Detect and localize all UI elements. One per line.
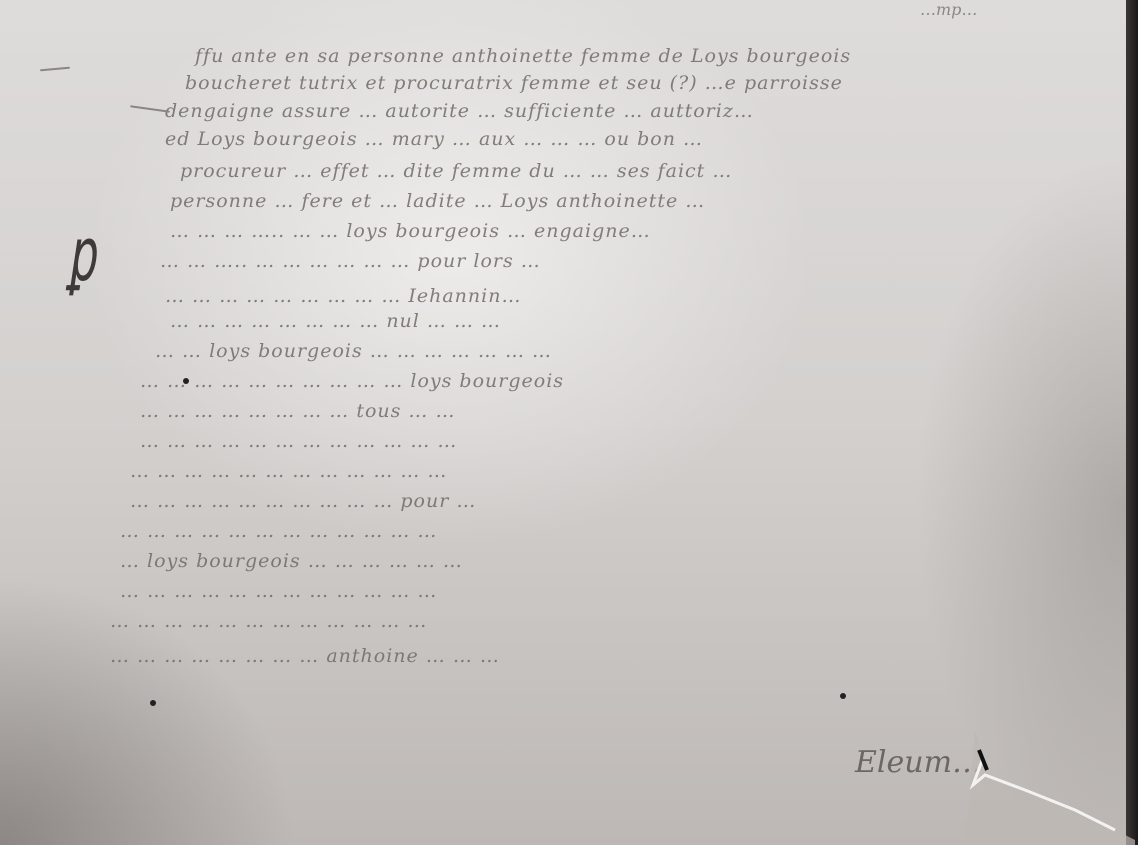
manuscript-line: … … … … … … … … … … loys bourgeois (140, 370, 564, 392)
page-tear (965, 730, 1135, 845)
ink-dot (150, 700, 156, 706)
manuscript-line: … … … … … … … … … … … … (120, 520, 437, 542)
manuscript-line: … … … … … … … … … … … … (130, 460, 447, 482)
manuscript-line: … … loys bourgeois … … … … … … … (155, 340, 552, 362)
manuscript-line: ed Loys bourgeois … mary … aux … … … ou … (165, 128, 703, 150)
manuscript-line: … … … … … … … … … … … … (120, 580, 437, 602)
signature: Eleum… (855, 745, 982, 780)
top-corner-text: …mp… (920, 0, 977, 19)
manuscript-line: … … … ….. … … loys bourgeois … engaigne… (170, 220, 651, 242)
manuscript-line: … … … … … … … … anthoine … … … (110, 645, 500, 667)
page-binding-edge (1126, 0, 1138, 845)
manuscript-line: … loys bourgeois … … … … … … (120, 550, 463, 572)
manuscript-line: … … … … … … … … tous … … (140, 400, 455, 422)
manuscript-line: … … … … … … … … … … … … (110, 610, 427, 632)
ink-dot (183, 378, 189, 384)
manuscript-line: … … … … … … … … … … … … (140, 430, 457, 452)
manuscript-line: … … … … … … … … … … pour … (130, 490, 476, 512)
manuscript-line: ffu ante en sa personne anthoinette femm… (195, 45, 851, 67)
manuscript-line: procureur … effet … dite femme du … … se… (180, 160, 732, 182)
manuscript-line: personne … fere et … ladite … Loys antho… (170, 190, 705, 212)
manuscript-line: boucheret tutrix et procuratrix femme et… (185, 72, 843, 94)
manuscript-page (0, 0, 1126, 845)
manuscript-line: … … ….. … … … … … … pour lors … (160, 250, 541, 272)
manuscript-line: dengaigne assure … autorite … sufficient… (165, 100, 754, 122)
manuscript-line: … … … … … … … … … Iehannin… (165, 285, 521, 307)
manuscript-line: … … … … … … … … nul … … … (170, 310, 501, 332)
margin-mark: ꝑ (67, 212, 95, 298)
ink-dot (840, 693, 846, 699)
